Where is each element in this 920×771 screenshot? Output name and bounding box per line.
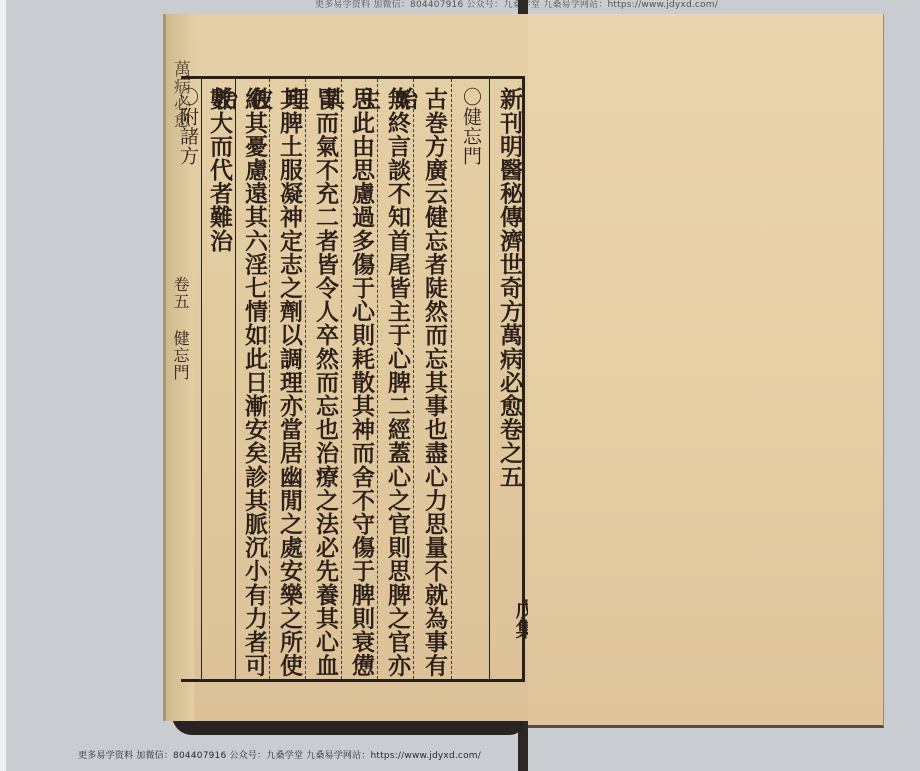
column-rule: [413, 79, 414, 679]
column-rule: [305, 79, 306, 679]
body-column-7: 數大而代者難治: [204, 87, 234, 252]
column-rule: [451, 79, 452, 679]
column-rule: [489, 79, 490, 679]
section-heading: 〇健忘門: [456, 87, 486, 165]
appendix-heading: 〇附諸方: [173, 87, 203, 165]
watermark-bottom: 更多易学资料 加微信：804407916 公众号：九桑学堂 九桑易学网站：htt…: [78, 748, 481, 761]
body-column-1: 古巻方廣云健忘者陡然而忘其事也盡心力思量不就為事有始: [419, 87, 449, 679]
body-column-6: 絶其憂慮遠其六淫七情如此日漸安矣診其脈沉小有力者可治: [239, 87, 269, 679]
body-column-5: 其脾土服凝神定志之劑以調理亦當居幽閒之處安樂之所使彼: [274, 87, 304, 679]
body-column-4: 胃而氣不充二者皆令人卒然而忘也治療之法必先養其心血理: [310, 87, 340, 679]
body-column-3: 思此由思慮過多傷于心則耗散其神而舍不守傷于脾則衰憊其: [346, 87, 376, 679]
background-strip: [0, 0, 6, 771]
column-rule: [377, 79, 378, 679]
watermark-top: 更多易学资料 加微信：804407916 公众号：九桑学堂 九桑易学网站：htt…: [315, 0, 718, 10]
column-rule: [235, 79, 236, 679]
column-rule: [269, 79, 270, 679]
column-rule: [341, 79, 342, 679]
right-page-blank: [528, 14, 884, 728]
book-title-column: 新刊明醫秘傳濟世奇方萬病必愈卷之五: [494, 87, 524, 488]
left-page: 萬病必愈 卷五 健忘門 新刊明醫秘傳濟世奇方萬病必愈卷之五 戊集 〇健忘門 古巻…: [163, 14, 528, 721]
text-frame: 新刊明醫秘傳濟世奇方萬病必愈卷之五 戊集 〇健忘門 古巻方廣云健忘者陡然而忘其事…: [181, 76, 525, 682]
body-column-2: 無終言談不知首尾皆主于心脾二經蓋心之官則思脾之官亦主: [382, 87, 412, 679]
column-rule: [201, 79, 202, 679]
